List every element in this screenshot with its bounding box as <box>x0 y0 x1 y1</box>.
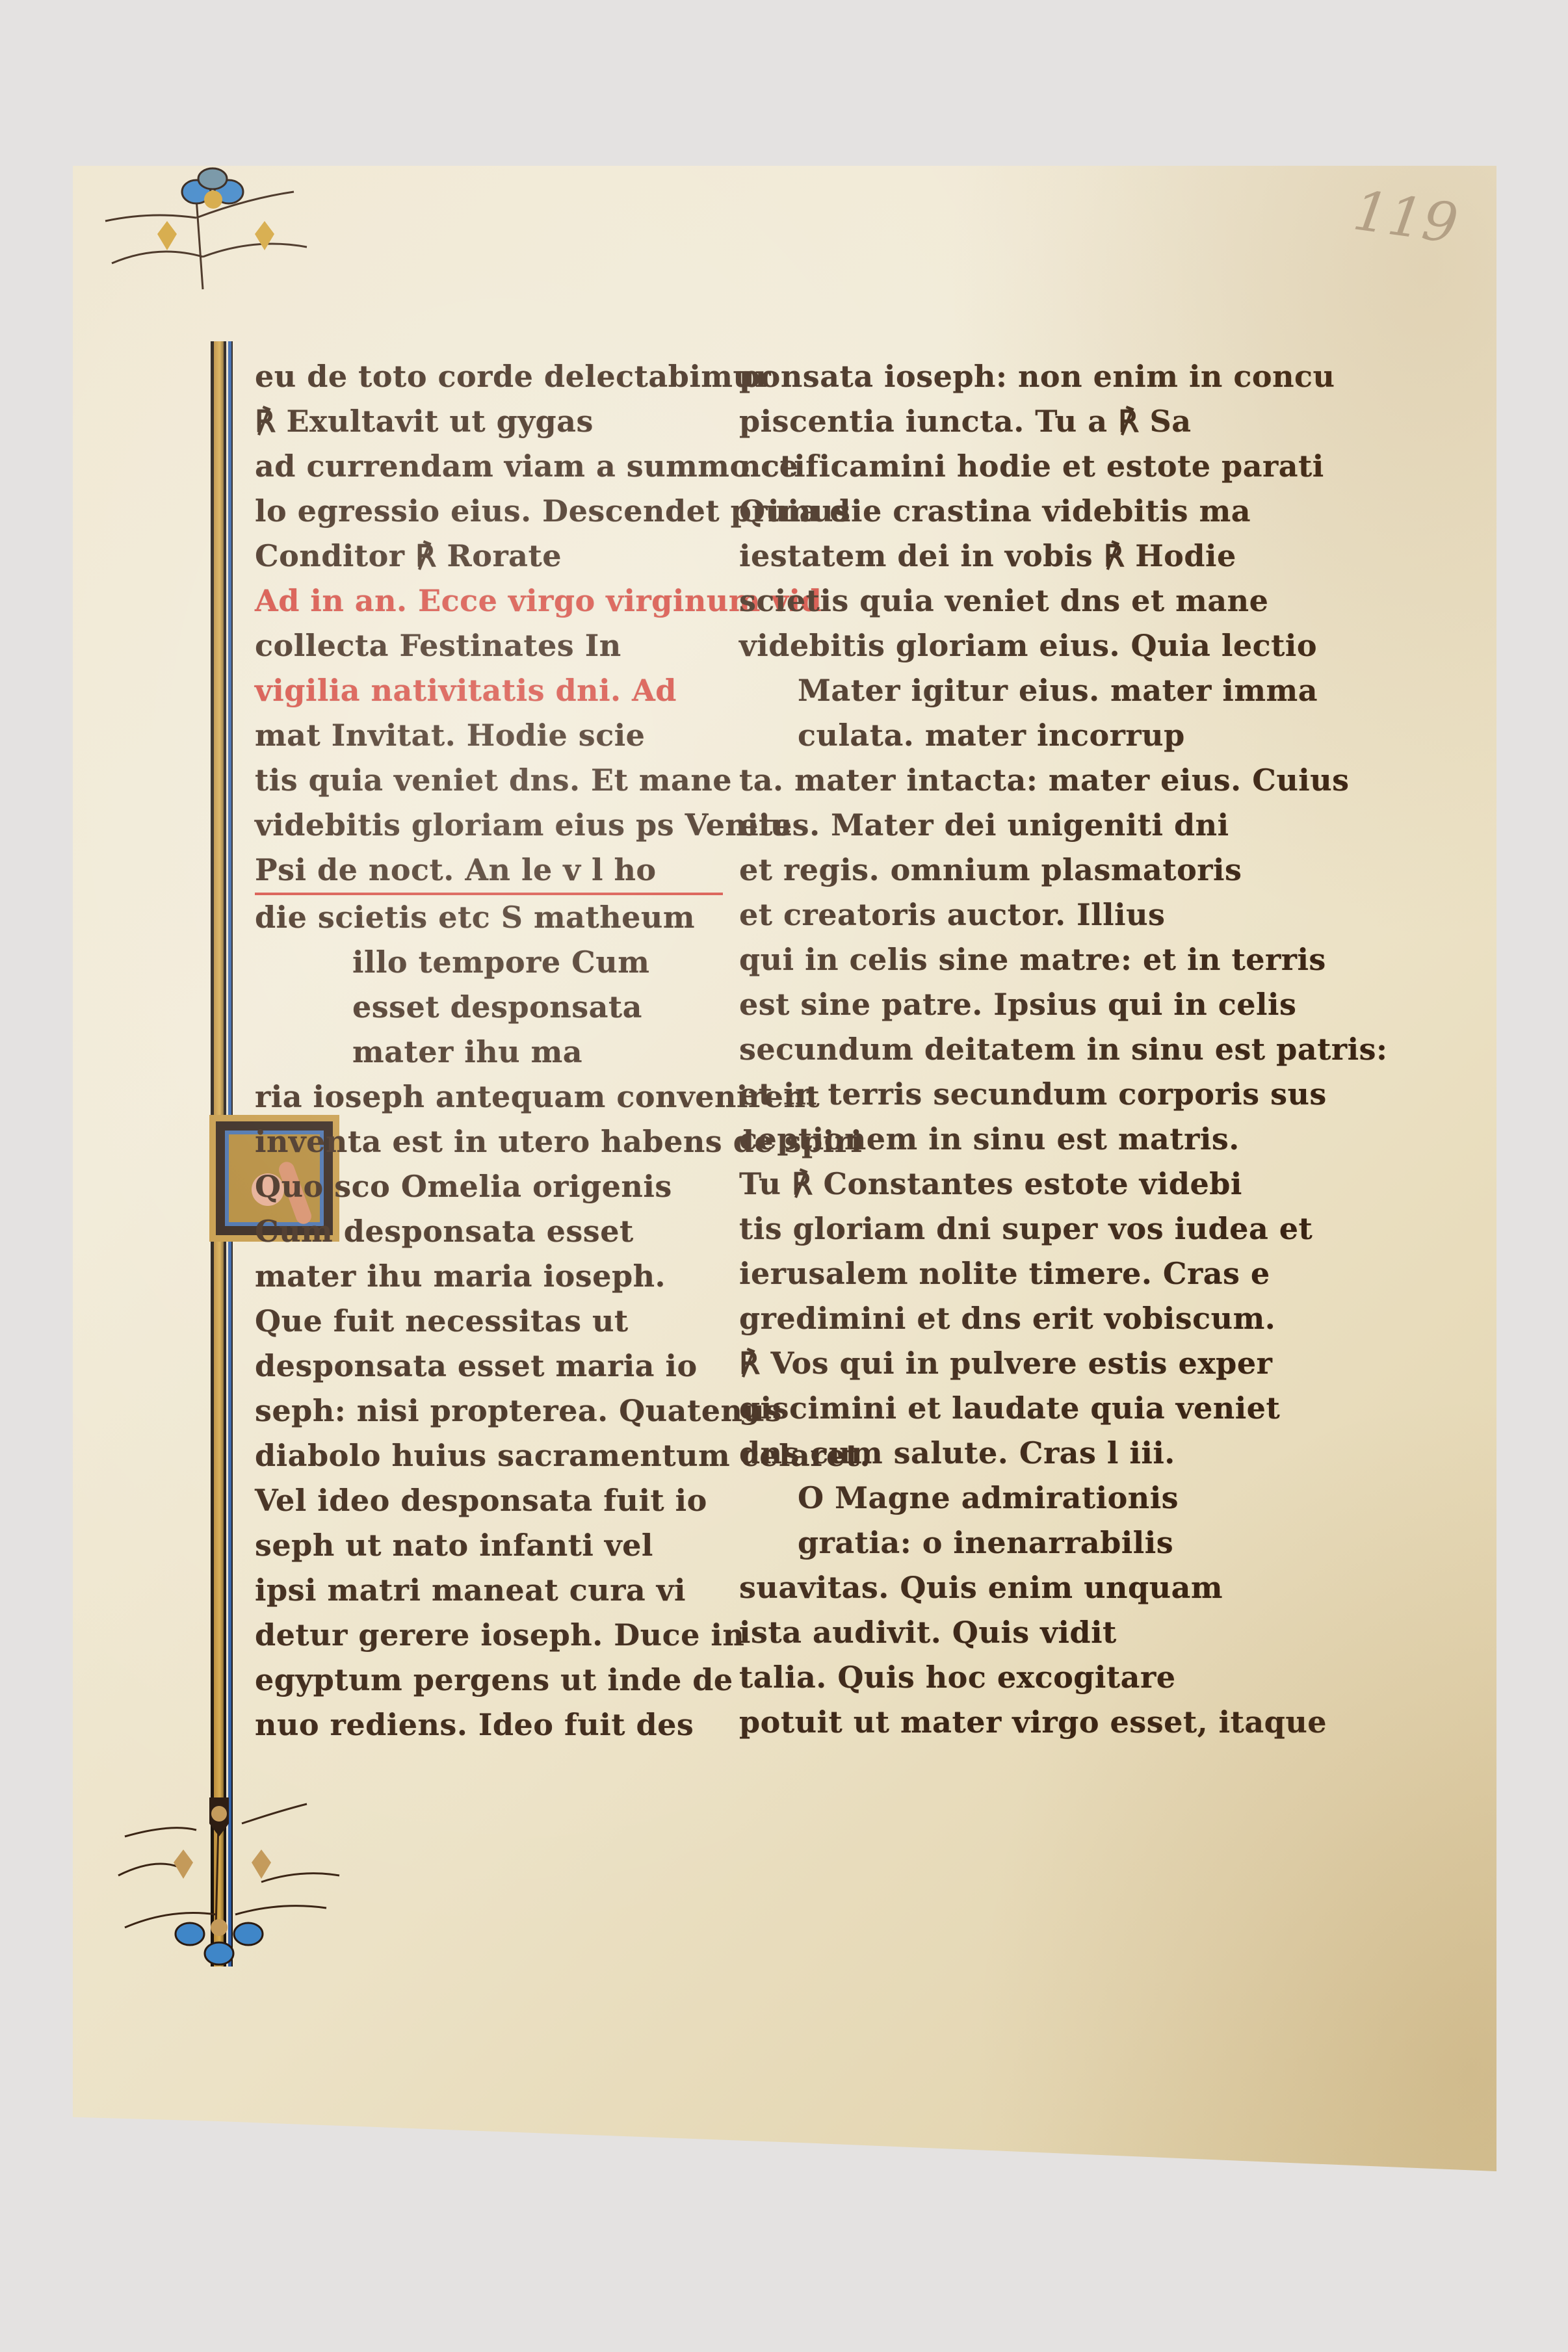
text-line: ℟ Exultavit ut gygas <box>255 399 723 444</box>
text-line: est sine patre. Ipsius qui in celis <box>739 982 1259 1027</box>
text-line: tis gloriam dni super vos iudea et <box>739 1207 1259 1251</box>
text-column-right: ponsata ioseph: non enim in concu piscen… <box>739 354 1259 1745</box>
text-line: et creatoris auctor. Illius <box>739 893 1259 937</box>
text-line: esset desponsata <box>255 985 723 1030</box>
text-line: et in terris secundum corporis sus <box>739 1072 1259 1117</box>
text-line: videbitis gloriam eius ps Venite <box>255 803 723 848</box>
text-line: Vel ideo desponsata fuit io <box>255 1478 723 1523</box>
text-line: gratia: o inenarrabilis <box>739 1521 1259 1565</box>
text-line: Psi de noct. An le v l ho <box>255 848 723 895</box>
text-line: eu de toto corde delectabimur <box>255 354 723 399</box>
text-line: talia. Quis hoc excogitare <box>739 1655 1259 1700</box>
text-line: egyptum pergens ut inde de <box>255 1658 723 1703</box>
text-line: ista audivit. Quis vidit <box>739 1610 1259 1655</box>
text-line: tis quia veniet dns. Et mane <box>255 758 723 803</box>
text-line: mat Invitat. Hodie scie <box>255 713 723 758</box>
text-line: seph: nisi propterea. Quatenus <box>255 1389 723 1433</box>
text-line: piscentia iuncta. Tu a ℟ Sa <box>739 399 1259 444</box>
text-line: ta. mater intacta: mater eius. Cuius <box>739 758 1259 803</box>
text-line: O Magne admirationis <box>739 1476 1259 1521</box>
text-line: nuo rediens. Ideo fuit des <box>255 1703 723 1747</box>
text-line: ierusalem nolite timere. Cras e <box>739 1251 1259 1296</box>
text-line: videbitis gloriam eius. Quia lectio <box>739 623 1259 668</box>
text-line: ceptionem in sinu est matris. <box>739 1117 1259 1162</box>
text-line: ipsi matri maneat cura vi <box>255 1568 723 1613</box>
text-line: detur gerere ioseph. Duce in <box>255 1613 723 1658</box>
text-line: nctificamini hodie et estote parati <box>739 444 1259 489</box>
text-line: Cum desponsata esset <box>255 1209 723 1254</box>
text-line: gredimini et dns erit vobiscum. <box>739 1296 1259 1341</box>
text-line: Mater igitur eius. mater imma <box>739 668 1259 713</box>
folio-number: 119 <box>1350 178 1461 255</box>
text-line: seph ut nato infanti vel <box>255 1523 723 1568</box>
text-line: iestatem dei in vobis ℟ Hodie <box>739 534 1259 579</box>
rubric-line: Ad in an. Ecce virgo virginum vid <box>255 579 723 623</box>
text-line: ℟ Vos qui in pulvere estis exper <box>739 1341 1259 1386</box>
text-line: eius. Mater dei unigeniti dni <box>739 803 1259 848</box>
manuscript-leaf: 119 eu d <box>73 166 1496 2171</box>
text-line: die scietis etc S matheum <box>255 895 723 940</box>
text-line: dns cum salute. Cras l iii. <box>739 1431 1259 1476</box>
text-line: diabolo huius sacramentum celaret. <box>255 1433 723 1478</box>
rubric-line: vigilia nativitatis dni. Ad <box>255 668 723 713</box>
text-line: ria ioseph antequam convenirent <box>255 1075 723 1119</box>
text-line: potuit ut mater virgo esset, itaque <box>739 1700 1259 1745</box>
bottom-floral-spray <box>112 1797 346 1969</box>
text-line: lo egressio eius. Descendet primus <box>255 489 723 534</box>
top-floral-spray <box>99 172 333 292</box>
text-line: illo tempore Cum <box>255 940 723 985</box>
text-line: culata. mater incorrup <box>739 713 1259 758</box>
text-line: giscimini et laudate quia veniet <box>739 1386 1259 1431</box>
text-line: Quo sco Omelia origenis <box>255 1164 723 1209</box>
text-line: Tu ℟ Constantes estote videbi <box>739 1162 1259 1207</box>
text-line: ad currendam viam a summo ce <box>255 444 723 489</box>
text-line: desponsata esset maria io <box>255 1344 723 1389</box>
floral-spray-icon <box>99 172 333 289</box>
text-line: collecta Festinates In <box>255 623 723 668</box>
text-line: secundum deitatem in sinu est patris: <box>739 1027 1259 1072</box>
text-line: ponsata ioseph: non enim in concu <box>739 354 1259 399</box>
text-line: Conditor ℟ Rorate <box>255 534 723 579</box>
text-line: et regis. omnium plasmatoris <box>739 848 1259 893</box>
text-line: Quia die crastina videbitis ma <box>739 489 1259 534</box>
text-line: suavitas. Quis enim unquam <box>739 1565 1259 1610</box>
text-line: inventa est in utero habens de spiri <box>255 1119 723 1164</box>
text-line: Que fuit necessitas ut <box>255 1299 723 1344</box>
floral-spray-icon <box>112 1797 346 1967</box>
text-line: mater ihu ma <box>255 1030 723 1075</box>
text-line: scietis quia veniet dns et mane <box>739 579 1259 623</box>
text-line: qui in celis sine matre: et in terris <box>739 937 1259 982</box>
text-column-left: eu de toto corde delectabimur ℟ Exultavi… <box>255 354 723 1747</box>
text-line: mater ihu maria ioseph. <box>255 1254 723 1299</box>
